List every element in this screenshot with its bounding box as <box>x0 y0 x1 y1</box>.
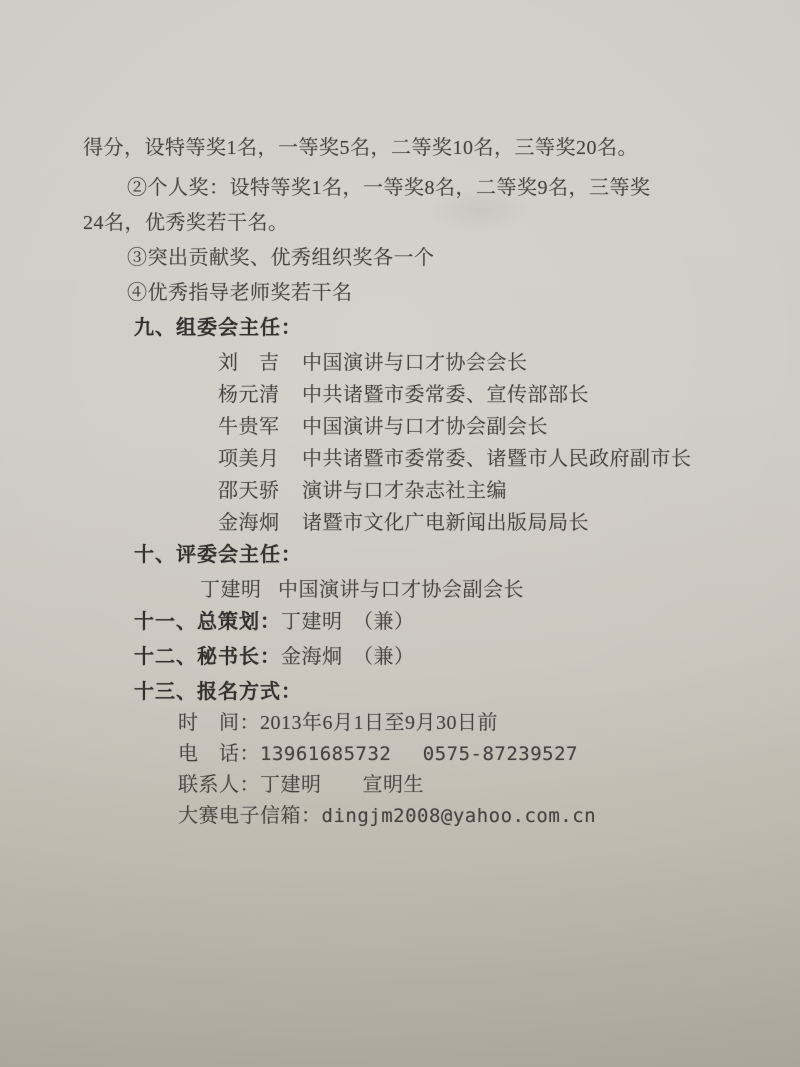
line-registration-time: 时 间：2013年6月1日至9月30日前 <box>178 710 764 736</box>
heading-registration-method: 十三、报名方式： <box>134 679 764 705</box>
line-value: 2013年6月1日至9月30日前 <box>260 712 498 734</box>
line-value: 13961685732 0575-87239527 <box>260 743 578 765</box>
heading-judging-committee-chair: 十、评委会主任： <box>134 542 764 568</box>
person-name: 金海炯 <box>218 510 302 536</box>
line-teacher-award: ④优秀指导老师奖若干名 <box>127 280 764 306</box>
line-value: 丁建明 （兼） <box>281 611 415 633</box>
line-team-award-counts: 得分，设特等奖1名，一等奖5名，二等奖10名，三等奖20名。 <box>83 135 764 161</box>
person-name: 刘 吉 <box>218 350 302 376</box>
line-secretary-general: 十二、秘书长：金海炯 （兼） <box>134 644 764 670</box>
document-photo: 得分，设特等奖1名，一等奖5名，二等奖10名，三等奖20名。②个人奖：设特等奖1… <box>0 0 800 1067</box>
person-ding-jianming: 丁建明中国演讲与口才协会副会长 <box>200 577 764 603</box>
line-label: 十一、总策划： <box>134 611 281 633</box>
document-text-block: 得分，设特等奖1名，一等奖5名，二等奖10名，三等奖20名。②个人奖：设特等奖1… <box>83 135 764 834</box>
line-label: 大赛电子信箱： <box>178 805 322 827</box>
doc-line-text: 24名，优秀奖若干名。 <box>83 212 289 234</box>
person-xiang-meiyue: 项美月中共诸暨市委常委、诸暨市人民政府副市长 <box>218 446 764 472</box>
line-label: 时 间： <box>178 712 260 734</box>
person-name: 邵天骄 <box>218 478 302 504</box>
line-individual-award-counts: ②个人奖：设特等奖1名，一等奖8名，二等奖9名，三等奖 <box>127 175 764 201</box>
line-registration-phone: 电 话：13961685732 0575-87239527 <box>178 741 764 767</box>
person-title: 中国演讲与口才协会副会长 <box>302 414 548 440</box>
person-title: 中国演讲与口才协会副会长 <box>278 577 524 603</box>
person-shao-tianjiao: 邵天骄演讲与口才杂志社主编 <box>218 478 764 504</box>
person-name: 杨元清 <box>218 382 302 408</box>
line-chief-planner: 十一、总策划：丁建明 （兼） <box>134 609 764 635</box>
line-value: 金海炯 （兼） <box>281 646 415 668</box>
line-value: 丁建明 宣明生 <box>260 774 424 796</box>
doc-line-text: 十、评委会主任： <box>134 544 302 566</box>
person-jin-haijiong: 金海炯诸暨市文化广电新闻出版局局长 <box>218 510 764 536</box>
doc-line-text: ②个人奖：设特等奖1名，一等奖8名，二等奖9名，三等奖 <box>127 177 651 199</box>
doc-line-text: 九、组委会主任： <box>134 317 302 339</box>
line-registration-email: 大赛电子信箱：dingjm2008@yahoo.com.cn <box>178 803 764 829</box>
line-contribution-award: ③突出贡献奖、优秀组织奖各一个 <box>127 245 764 271</box>
person-liu-ji: 刘 吉中国演讲与口才协会会长 <box>218 350 764 376</box>
line-label: 联系人： <box>178 774 260 796</box>
person-name: 项美月 <box>218 446 302 472</box>
person-title: 中国演讲与口才协会会长 <box>302 350 528 376</box>
doc-line-text: ④优秀指导老师奖若干名 <box>127 282 353 304</box>
person-yang-yuanqing: 杨元清中共诸暨市委常委、宣传部部长 <box>218 382 764 408</box>
line-label: 电 话： <box>178 743 260 765</box>
person-title: 中共诸暨市委常委、诸暨市人民政府副市长 <box>302 446 692 472</box>
doc-line-text: ③突出贡献奖、优秀组织奖各一个 <box>127 247 435 269</box>
person-title: 诸暨市文化广电新闻出版局局长 <box>302 510 589 536</box>
person-name: 牛贵军 <box>218 414 302 440</box>
line-value: dingjm2008@yahoo.com.cn <box>322 805 597 827</box>
person-name: 丁建明 <box>200 577 278 603</box>
line-individual-award-counts-cont: 24名，优秀奖若干名。 <box>83 210 764 236</box>
person-title: 演讲与口才杂志社主编 <box>302 478 507 504</box>
person-title: 中共诸暨市委常委、宣传部部长 <box>302 382 589 408</box>
doc-line-text: 十三、报名方式： <box>134 681 302 703</box>
line-label: 十二、秘书长： <box>134 646 281 668</box>
person-niu-guijun: 牛贵军中国演讲与口才协会副会长 <box>218 414 764 440</box>
heading-organizing-committee-chairs: 九、组委会主任： <box>134 315 764 341</box>
line-registration-contacts: 联系人：丁建明 宣明生 <box>178 772 764 798</box>
doc-line-text: 得分，设特等奖1名，一等奖5名，二等奖10名，三等奖20名。 <box>83 137 638 159</box>
